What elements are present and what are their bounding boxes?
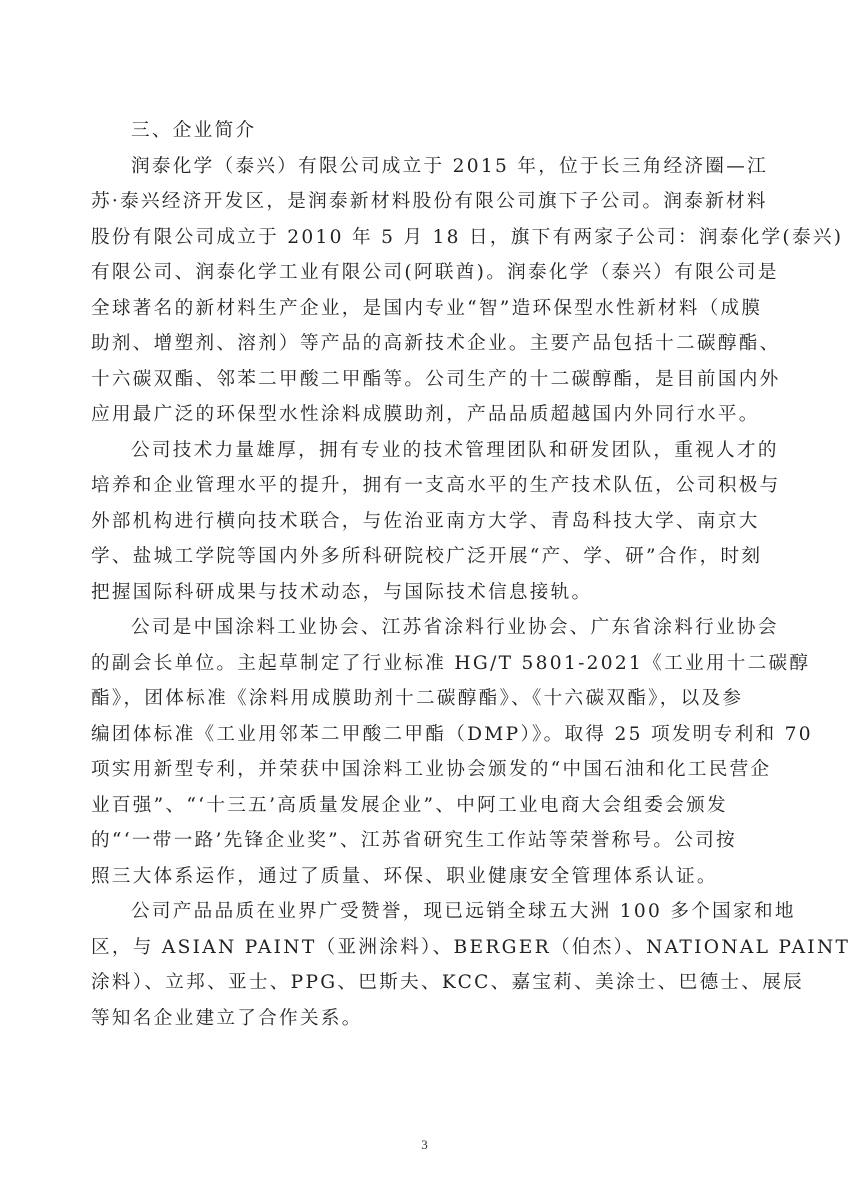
text-line: 等知名企业建立了合作关系。 (91, 1001, 775, 1037)
paragraph-technology: 公司技术力量雄厚，拥有专业的技术管理团队和研发团队，重视人才的 培养和企业管理水… (91, 433, 775, 611)
text-line: 股份有限公司成立于 2010 年 5 月 18 日，旗下有两家子公司：润泰化学(… (91, 220, 775, 256)
text-line: 照三大体系运作，通过了质量、环保、职业健康安全管理体系认证。 (91, 859, 775, 895)
paragraph-honors: 公司是中国涂料工业协会、江苏省涂料行业协会、广东省涂料行业协会 的副会长单位。主… (91, 610, 775, 894)
text-line: 外部机构进行横向技术联合，与佐治亚南方大学、青岛科技大学、南京大 (91, 504, 775, 540)
text-line: 全球著名的新材料生产企业，是国内专业“智”造环保型水性新材料（成膜 (91, 291, 775, 327)
text-line: 学、盐城工学院等国内外多所科研院校广泛开展“产、学、研”合作，时刻 (91, 539, 775, 575)
section-heading: 三、企业简介 (91, 113, 775, 149)
text-line: 涂料）、立邦、亚士、PPG、巴斯夫、KCC、嘉宝莉、美涂士、巴德士、展辰 (91, 965, 775, 1001)
text-line: 助剂、增塑剂、溶剂）等产品的高新技术企业。主要产品包括十二碳醇酯、 (91, 326, 775, 362)
text-line: 项实用新型专利，并荣获中国涂料工业协会颁发的“中国石油和化工民营企 (91, 752, 775, 788)
text-line: 应用最广泛的环保型水性涂料成膜助剂，产品品质超越国内外同行水平。 (91, 397, 775, 433)
text-line: 有限公司、润泰化学工业有限公司(阿联酋)。润泰化学（泰兴）有限公司是 (91, 255, 775, 291)
text-line: 的“‘一带一路’先锋企业奖”、江苏省研究生工作站等荣誉称号。公司按 (91, 823, 775, 859)
paragraph-partners: 公司产品品质在业界广受赞誉，现已远销全球五大洲 100 多个国家和地 区，与 A… (91, 894, 775, 1036)
text-line: 公司是中国涂料工业协会、江苏省涂料行业协会、广东省涂料行业协会 (91, 610, 775, 646)
text-line: 区，与 ASIAN PAINT（亚洲涂料）、BERGER（伯杰）、NATIONA… (91, 930, 775, 966)
text-line: 编团体标准《工业用邻苯二甲酸二甲酯（DMP）》。取得 25 项发明专利和 70 (91, 717, 775, 753)
text-line: 酯》，团体标准《涂料用成膜助剂十二碳醇酯》、《十六碳双酯》，以及参 (91, 681, 775, 717)
text-line: 培养和企业管理水平的提升，拥有一支高水平的生产技术队伍，公司积极与 (91, 468, 775, 504)
page-number: 3 (0, 1137, 849, 1153)
text-line: 润泰化学（泰兴）有限公司成立于 2015 年，位于长三角经济圈—江 (91, 149, 775, 185)
text-line: 十六碳双酯、邻苯二甲酸二甲酯等。公司生产的十二碳醇酯，是目前国内外 (91, 362, 775, 398)
document-page: 三、企业简介 润泰化学（泰兴）有限公司成立于 2015 年，位于长三角经济圈—江… (0, 0, 849, 1200)
paragraph-intro: 润泰化学（泰兴）有限公司成立于 2015 年，位于长三角经济圈—江 苏·泰兴经济… (91, 149, 775, 433)
text-line: 把握国际科研成果与技术动态，与国际技术信息接轨。 (91, 575, 775, 611)
text-line: 公司技术力量雄厚，拥有专业的技术管理团队和研发团队，重视人才的 (91, 433, 775, 469)
text-line: 的副会长单位。主起草制定了行业标准 HG/T 5801-2021《工业用十二碳醇 (91, 646, 775, 682)
text-line: 苏·泰兴经济开发区，是润泰新材料股份有限公司旗下子公司。润泰新材料 (91, 184, 775, 220)
text-line: 公司产品品质在业界广受赞誉，现已远销全球五大洲 100 多个国家和地 (91, 894, 775, 930)
document-body: 三、企业简介 润泰化学（泰兴）有限公司成立于 2015 年，位于长三角经济圈—江… (91, 113, 775, 1036)
text-line: 业百强”、“‘十三五’高质量发展企业”、中阿工业电商大会组委会颁发 (91, 788, 775, 824)
